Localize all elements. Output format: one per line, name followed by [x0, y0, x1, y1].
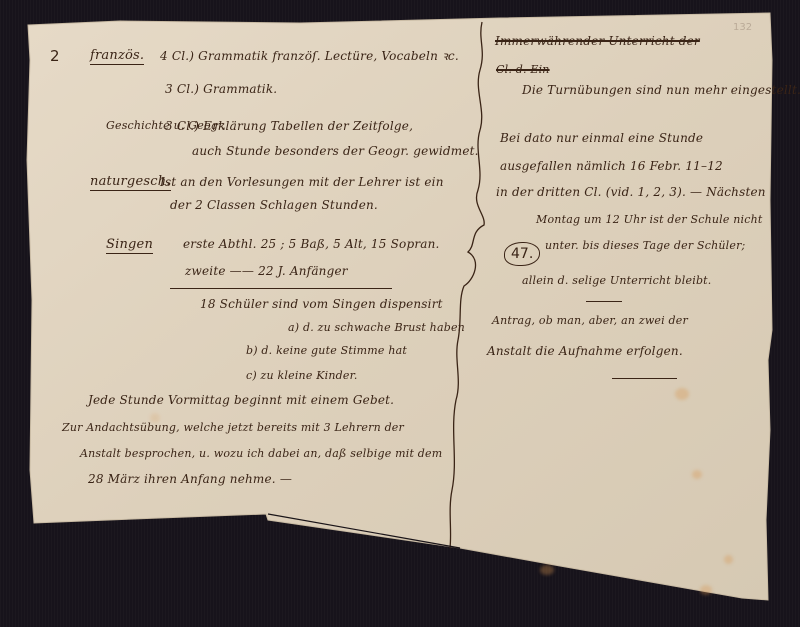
closing-line: 28 März ihren Anfang nehme. —: [88, 473, 292, 485]
text-line: der 2 Classen Schlagen Stunden.: [170, 199, 378, 211]
foxing-stain: [692, 470, 702, 479]
foxing-stain: [700, 585, 712, 595]
text-line: allein d. selige Unterricht bleibt.: [522, 275, 712, 286]
foxing-stain: [675, 388, 689, 400]
foxing-stain: [540, 565, 554, 575]
page-number: 2: [50, 47, 60, 65]
text-line: Ist an den Vorlesungen mit der Lehrer is…: [160, 176, 444, 188]
struck-line: Cl. d. Ein: [496, 64, 550, 75]
foxing-stain: [724, 555, 733, 564]
sub-note-item: a) d. zu schwache Brust haben: [288, 322, 465, 333]
circled-inventory-number: 47.: [504, 242, 540, 266]
closing-line: Jede Stunde Vormittag beginnt mit einem …: [88, 394, 394, 406]
text-line: Bei dato nur einmal eine Stunde: [500, 132, 703, 144]
text-line: ausgefallen nämlich 16 Febr. 11–12: [500, 160, 723, 172]
text-line: Montag um 12 Uhr ist der Schule nicht: [536, 214, 763, 225]
text-line: Die Turnübungen sind nun mehr eingestell…: [522, 84, 800, 96]
manuscript-leaf: 2 132 französ. 4 Cl.) Grammatik franzöſ.…: [0, 0, 800, 627]
text-line: in der dritten Cl. (vid. 1, 2, 3). — Näc…: [496, 186, 766, 198]
text-line: 3 Cl.) Erklärung Tabellen der Zeitfolge,: [165, 120, 413, 132]
closing-line: Anstalt die Aufnahme erfolgen.: [487, 345, 683, 357]
sub-note-lead: 18 Schüler sind vom Singen dispensirt: [200, 298, 443, 310]
text-line: unter. bis dieses Tage der Schüler;: [545, 240, 745, 251]
struck-line: Immerwährender Unterricht der: [495, 35, 700, 47]
section-rule: [170, 288, 392, 289]
text-line: 4 Cl.) Grammatik franzöſ. Lectüre, Vocab…: [160, 50, 459, 62]
archive-mark: 132: [733, 22, 752, 33]
section-rule: [612, 378, 677, 379]
text-line: 3 Cl.) Grammatik.: [165, 83, 277, 95]
text-line: zweite —— 22 J. Anfänger: [185, 265, 348, 277]
text-line: erste Abthl. 25 ; 5 Baß, 5 Alt, 15 Sopra…: [183, 238, 440, 250]
sub-note-item: b) d. keine gute Stimme hat: [246, 345, 407, 356]
closing-line: Anstalt besprochen, u. wozu ich dabei an…: [80, 448, 442, 459]
text-line: auch Stunde besonders der Geogr. gewidme…: [192, 145, 479, 157]
closing-line: Antrag, ob man, aber, an zwei der: [492, 315, 688, 326]
section-rule: [586, 301, 622, 302]
heading-singen: Singen: [106, 238, 153, 254]
heading-naturgeschichte: naturgesch.: [90, 175, 171, 191]
closing-line: Zur Andachtsübung, welche jetzt bereits …: [62, 422, 404, 433]
sub-note-item: c) zu kleine Kinder.: [246, 370, 358, 381]
heading-franzoesisch: französ.: [90, 49, 144, 65]
